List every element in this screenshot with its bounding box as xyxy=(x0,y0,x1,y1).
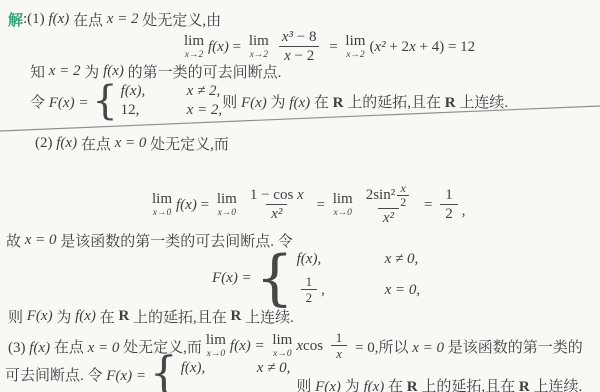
case-value: f(x), xyxy=(181,360,239,377)
piecewise-cases: { f(x), x ≠ 2, 12, x = 2, xyxy=(92,82,222,120)
lim-word: lim xyxy=(345,34,365,49)
lim-word: lim xyxy=(152,192,172,207)
text-fragment: 则 xyxy=(8,306,27,327)
text-fragment: + 2 xyxy=(386,39,409,55)
last-lead: 可去间断点. 令 F(x) = xyxy=(5,364,150,385)
text-fragment: − 2 xyxy=(291,48,314,65)
lim-subscript: x→0 xyxy=(218,209,236,219)
part3-intro-line: (3) f(x) 在点 x = 0 处无定义,而 lim x→0 f(x) = … xyxy=(8,331,583,361)
limit-operator: lim x→2 xyxy=(184,34,204,61)
comma: , xyxy=(462,203,466,220)
numerator: 1 xyxy=(331,331,348,345)
text-fragment: R xyxy=(519,379,530,392)
denominator: 2 xyxy=(301,289,318,305)
text-fragment: 上连续. xyxy=(241,306,294,327)
cos-word: cos xyxy=(303,338,327,355)
left-brace: { xyxy=(255,251,293,305)
equals-sign: = xyxy=(229,39,245,56)
text-fragment: 令 xyxy=(30,95,49,111)
part2-piecewise-formula: F(x) = { f(x), x ≠ 0, 1 2 , x = 0, xyxy=(212,250,420,306)
text-fragment: x³ xyxy=(282,29,293,46)
text-fragment: 上的延拓,且在 xyxy=(129,306,230,327)
text-fragment: x = 0 xyxy=(88,340,120,356)
numerator: 1 xyxy=(301,275,318,289)
text-fragment: x = 0 xyxy=(25,232,57,249)
text-fragment: R xyxy=(231,308,242,325)
text-fragment: x = 0 xyxy=(115,135,147,152)
denominator: 2 xyxy=(397,195,409,209)
equals-sign: = xyxy=(420,197,436,214)
text-fragment: x² xyxy=(374,39,385,55)
text-fragment: 在点 xyxy=(69,9,107,30)
last-tail: 则 F(x) 为 f(x) 在 R 上的延拓,且在 R 上连续. xyxy=(296,375,582,392)
polynomial-result: (x² + 2x + 4) = 12 xyxy=(369,39,475,56)
text-fragment: 上的延拓,且在 xyxy=(343,95,444,111)
text-fragment: R xyxy=(118,308,129,325)
case-condition: x = 0, xyxy=(385,282,421,299)
text-fragment: R xyxy=(445,95,456,111)
text-fragment: 上连续. xyxy=(530,379,583,392)
fraction: 1 2 xyxy=(440,187,458,224)
part2-conclusion-line: 故 x = 0 是该函数的第一类的可去间断点. 令 xyxy=(6,230,293,251)
part2-extension-tail-line: 则 F(x) 为 f(x) 在 R 上的延拓,且在 R 上连续. xyxy=(8,306,294,327)
left-brace: { xyxy=(150,354,178,392)
text-fragment: F(x) xyxy=(315,379,341,392)
text-fragment: 可去间断点. 令 xyxy=(5,368,106,384)
text-fragment: 1 − cos xyxy=(250,187,297,204)
text-fragment: x = 2 xyxy=(49,63,81,80)
text-fragment: f(x) xyxy=(56,135,77,152)
limit-operator: lim x→0 xyxy=(272,333,292,360)
lim-subscript: x→2 xyxy=(185,51,203,61)
text-fragment: 则 xyxy=(222,95,241,111)
case-condition: x = 2, xyxy=(187,102,223,119)
lim-word: lim xyxy=(184,34,204,49)
left-brace: { xyxy=(92,82,117,120)
scanned-solution-page: 解:(1) f(x) 在点 x = 2 处无定义,由 lim x→2 f(x) … xyxy=(0,0,600,392)
text-fragment: 在点 xyxy=(77,133,115,154)
text-fragment: 是该函数的第一类的 xyxy=(444,340,583,356)
case-condition: x ≠ 2, xyxy=(187,83,221,100)
text-fragment: 在 xyxy=(384,379,407,392)
numerator: x³ − 8 xyxy=(277,29,322,46)
part1-conclusion-line: 知 x = 2 为 f(x) 的第一类的可去间断点. xyxy=(30,61,281,82)
numerator: x xyxy=(398,182,409,195)
fraction: 1 − cos x x² xyxy=(245,187,309,224)
extension-lead: 令 F(x) = xyxy=(30,91,92,112)
equals-sign: = xyxy=(313,197,329,214)
text-fragment: x xyxy=(284,48,291,65)
denominator: x − 2 xyxy=(279,46,319,65)
text-fragment: x = 0 xyxy=(412,340,444,356)
lim-word: lim xyxy=(206,333,226,348)
lim-subscript: x→0 xyxy=(333,209,351,219)
case-row: f(x), x ≠ 0, xyxy=(181,360,291,377)
text-fragment: x = 2 xyxy=(107,11,139,28)
nested-fraction: x 2 xyxy=(397,182,409,208)
case-row: 1 2 , x = 0, xyxy=(297,275,421,306)
lim-subscript: x→2 xyxy=(250,51,268,61)
lim-subscript: x→0 xyxy=(153,209,171,219)
text-fragment: 则 xyxy=(296,379,315,392)
case-value: 1 2 , xyxy=(297,275,359,306)
case-rows: f(x), x ≠ 0, xyxy=(181,358,291,377)
limit-operator: lim x→2 xyxy=(345,34,365,61)
limit-operator: lim x→2 xyxy=(249,34,269,61)
sine-squared-term: 2sin² xyxy=(366,187,396,204)
limit-operator: lim x→0 xyxy=(333,192,353,219)
text-fragment: x xyxy=(409,39,416,55)
text-fragment: F(x) = xyxy=(106,368,149,384)
limit-operator: lim x→0 xyxy=(206,333,226,360)
denominator: 2 xyxy=(440,204,458,223)
text-fragment: 上的延拓,且在 xyxy=(418,379,519,392)
equals-sign: = xyxy=(325,39,341,56)
denominator: x² xyxy=(266,204,287,223)
comma: , xyxy=(321,282,325,299)
text-fragment: 为 xyxy=(53,306,76,327)
text-fragment: x xyxy=(297,187,304,204)
part1-extension-line: 令 F(x) = { f(x), x ≠ 2, 12, x = 2, 则 F(x… xyxy=(30,81,508,121)
function-symbol: f(x) = xyxy=(230,338,268,355)
text-fragment: + 4) = 12 xyxy=(416,39,475,55)
numerator: 2sin² x 2 xyxy=(361,182,417,208)
text-fragment: 故 xyxy=(6,230,25,251)
case-value: f(x), xyxy=(297,251,359,268)
text-fragment: (2) xyxy=(35,135,56,152)
limit-operator: lim x→0 xyxy=(217,192,237,219)
text-fragment: (3) xyxy=(8,340,29,356)
text-fragment: 在 xyxy=(310,95,333,111)
function-symbol: f(x) xyxy=(176,197,197,214)
case-row: 12, x = 2, xyxy=(121,102,223,119)
numerator: 1 − cos x xyxy=(245,187,309,204)
text-fragment: f(x) xyxy=(363,379,384,392)
lim-subscript: x→2 xyxy=(346,51,364,61)
text-fragment: R xyxy=(407,379,418,392)
extension-lead: F(x) = xyxy=(212,270,255,287)
fraction: x³ − 8 x − 2 xyxy=(277,29,322,66)
fraction: 1 x xyxy=(331,331,348,362)
numerator: 1 xyxy=(440,187,458,204)
text-fragment: f(x) xyxy=(48,11,69,28)
text-fragment: F(x) = xyxy=(49,95,92,111)
piecewise-cases: { f(x), x ≠ 0, 1 2 , x = 0, xyxy=(255,251,420,306)
extension-tail: 则 F(x) 为 f(x) 在 R 上的延拓,且在 R 上连续. xyxy=(222,91,508,112)
text-fragment: 在 xyxy=(96,306,119,327)
lim-word: lim xyxy=(217,192,237,207)
x-symbol: x xyxy=(296,338,303,355)
case-condition: x ≠ 0, xyxy=(257,360,291,377)
lim-word: lim xyxy=(333,192,353,207)
case-row: f(x), x ≠ 0, xyxy=(297,251,421,268)
case-value: 12, xyxy=(121,102,173,119)
text-fragment: = 0,所以 xyxy=(351,340,412,356)
text-fragment: 为 xyxy=(267,95,290,111)
part3-last-line: 可去间断点. 令 F(x) = { f(x), x ≠ 0, 则 F(x) 为 … xyxy=(5,358,582,392)
text-fragment: 解 xyxy=(8,9,23,30)
fraction: 1 2 xyxy=(301,275,318,306)
text-fragment: R xyxy=(333,95,344,111)
text-fragment: − 8 xyxy=(293,29,316,46)
text-fragment: 为 xyxy=(341,379,364,392)
lim-word: lim xyxy=(272,333,292,348)
lim-word: lim xyxy=(249,34,269,49)
text-fragment: 在点 xyxy=(50,340,88,356)
piecewise-cases: { f(x), x ≠ 0, xyxy=(150,358,291,392)
text-fragment: 的第一类的可去间断点. xyxy=(124,61,282,82)
text-fragment: f(x) xyxy=(29,340,50,356)
equals-sign: = xyxy=(197,197,213,214)
limit-operator: lim x→0 xyxy=(152,192,172,219)
text-fragment: F(x) xyxy=(241,95,267,111)
text-fragment: f(x) xyxy=(75,308,96,325)
case-row: f(x), x ≠ 2, xyxy=(121,83,223,100)
denominator: x² xyxy=(378,208,399,227)
part2-intro-line: (2) f(x) 在点 x = 0 处无定义,而 xyxy=(35,133,229,154)
text-fragment: f(x) xyxy=(289,95,310,111)
part3-post-text: = 0,所以 x = 0 是该函数的第一类的 xyxy=(351,336,583,357)
text-fragment: 知 xyxy=(30,61,49,82)
text-fragment: x² xyxy=(383,210,394,227)
text-fragment: F(x) xyxy=(27,308,53,325)
case-rows: f(x), x ≠ 0, 1 2 , x = 0, xyxy=(297,251,421,306)
text-fragment: :(1) xyxy=(23,11,48,28)
case-rows: f(x), x ≠ 2, 12, x = 2, xyxy=(121,83,223,119)
part2-limit-formula: lim x→0 f(x) = lim x→0 1 − cos x x² = li… xyxy=(148,176,465,234)
case-condition: x ≠ 0, xyxy=(385,251,419,268)
text-fragment: x² xyxy=(271,206,282,223)
text-fragment: 上连续. xyxy=(456,95,509,111)
fraction: 2sin² x 2 x² xyxy=(361,182,417,227)
text-fragment: 处无定义,而 xyxy=(146,133,229,154)
function-symbol: f(x) xyxy=(208,39,229,56)
case-value: f(x), xyxy=(121,83,173,100)
